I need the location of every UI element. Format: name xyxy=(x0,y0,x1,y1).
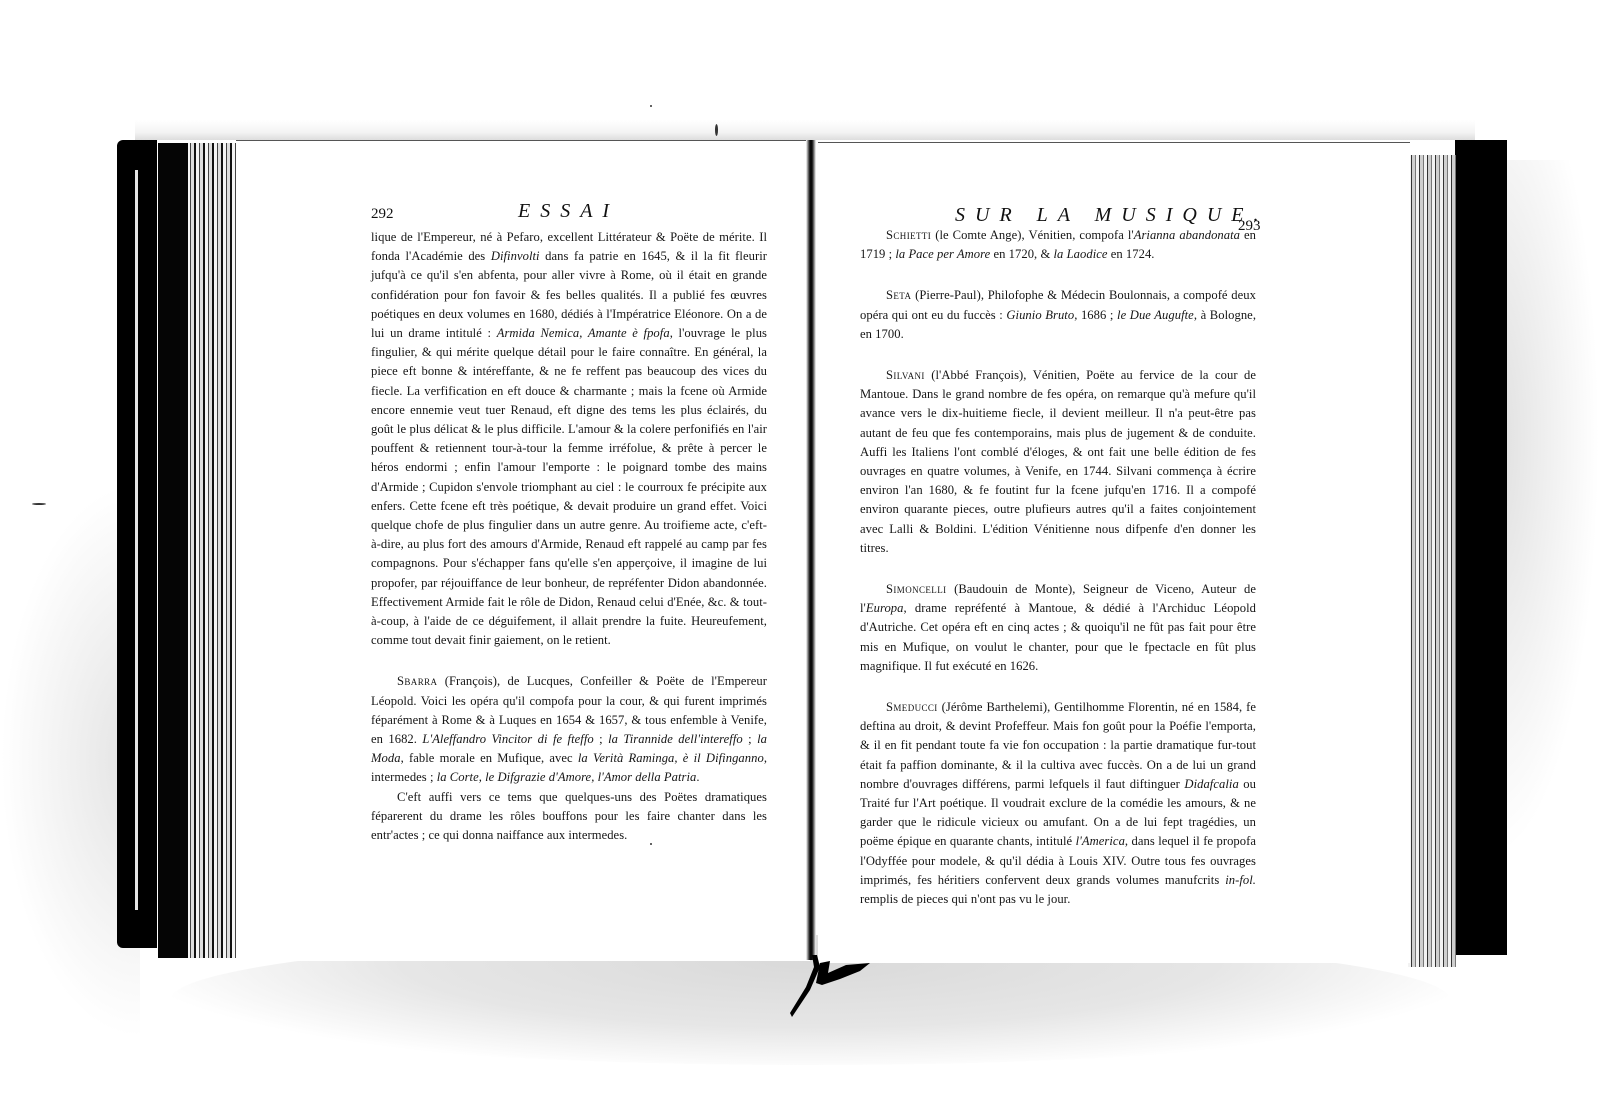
paragraph-smeducci: Smeducci (Jérôme Barthelemi), Gentilhomm… xyxy=(860,698,1256,909)
entry-name: Sbarra xyxy=(397,674,437,688)
text-run: , 1686 ; xyxy=(1074,308,1117,322)
paragraph-gap xyxy=(371,650,767,672)
italic-title: L'Aleffandro Vincitor di fe fteffo xyxy=(422,732,593,746)
paragraph-intermedes: C'eft auffi vers ce tems que quelques-un… xyxy=(371,788,767,846)
bookmark-ribbon-icon xyxy=(790,955,870,1020)
italic-title: la Corte, le Difgrazie d'Amore, l'Amor d… xyxy=(437,770,697,784)
paragraph-seta: Seta (Pierre-Paul), Philofophe & Médecin… xyxy=(860,286,1256,344)
left-page-number: 292 xyxy=(371,206,394,223)
entry-name: Simoncelli xyxy=(886,582,947,596)
italic-title: le Due Augufte xyxy=(1117,308,1194,322)
scan-speck xyxy=(650,105,652,107)
paragraph-continuation: lique de l'Empereur, né à Pefaro, excell… xyxy=(371,228,767,650)
right-page-text: Schietti (le Comte Ange), Vénitien, comp… xyxy=(860,226,1256,909)
italic-title: l'America xyxy=(1076,834,1125,848)
italic-title: Europa xyxy=(866,601,904,615)
entry-name: Smeducci xyxy=(886,700,938,714)
text-run: . xyxy=(696,770,699,784)
paragraph-schietti: Schietti (le Comte Ange), Vénitien, comp… xyxy=(860,226,1256,264)
italic-title: Arianna abandonata xyxy=(1134,228,1240,242)
scan-speck xyxy=(650,843,652,845)
italic-title: Armida Nemica, Amante è fpofa xyxy=(497,326,670,340)
italic-title: Difinvolti xyxy=(491,249,540,263)
paragraph-simoncelli: Simoncelli (Baudouin de Monte), Seigneur… xyxy=(860,580,1256,676)
scan-speck xyxy=(32,503,46,505)
cover-highlight xyxy=(135,170,138,910)
paragraph-silvani: Silvani (l'Abbé François), Vénitien, Poë… xyxy=(860,366,1256,558)
text-run: en 1724. xyxy=(1108,247,1155,261)
paragraph-gap xyxy=(860,264,1256,286)
text-run: , drame repréfenté à Mantoue, & dédié à … xyxy=(860,601,1256,673)
italic-title: Didafcalia xyxy=(1184,777,1238,791)
italic-title: la Pace per Amore xyxy=(895,247,990,261)
back-cover xyxy=(1455,140,1507,955)
entry-name: Seta xyxy=(886,288,911,302)
entry-name: Silvani xyxy=(886,368,925,382)
paragraph-sbarra: Sbarra (François), de Lucques, Confeille… xyxy=(371,672,767,787)
page-top-edge xyxy=(135,120,1475,140)
text-run: (le Comte Ange), Vénitien, compofa l' xyxy=(931,228,1134,242)
left-running-head: ESSAI xyxy=(518,200,619,223)
entry-name: Schietti xyxy=(886,228,931,242)
scan-speck xyxy=(715,124,718,136)
left-page-stack-shadow xyxy=(158,143,188,958)
italic-title: la Laodice xyxy=(1054,247,1108,261)
text-run: remplis de pieces qui n'ont pas vu le jo… xyxy=(860,892,1070,906)
text-run: ; xyxy=(743,732,757,746)
text-run: , fable morale en Mufique, avec xyxy=(401,751,578,765)
paragraph-gap xyxy=(860,344,1256,366)
italic-title: Giunio Bruto xyxy=(1006,308,1074,322)
left-page-text: lique de l'Empereur, né à Pefaro, excell… xyxy=(371,228,767,845)
text-run: ; xyxy=(594,732,608,746)
text-run: C'eft auffi vers ce tems que quelques-un… xyxy=(371,790,767,842)
paragraph-gap xyxy=(860,676,1256,698)
italic-title: la Verità Raminga, è il Difinganno xyxy=(578,751,764,765)
text-run: (l'Abbé François), Vénitien, Poëte au fe… xyxy=(860,368,1256,555)
italic-title: la Tirannide dell'intereffo xyxy=(608,732,743,746)
book-gutter xyxy=(806,140,816,960)
italic-title: in-fol. xyxy=(1225,873,1256,887)
text-run: , l'ouvrage le plus fingulier, & qui mér… xyxy=(371,326,767,647)
right-running-head: SUR LA MUSIQUE. xyxy=(955,204,1269,227)
right-page-stack xyxy=(1408,155,1456,967)
text-run: en 1720, & xyxy=(990,247,1053,261)
paragraph-gap xyxy=(860,558,1256,580)
